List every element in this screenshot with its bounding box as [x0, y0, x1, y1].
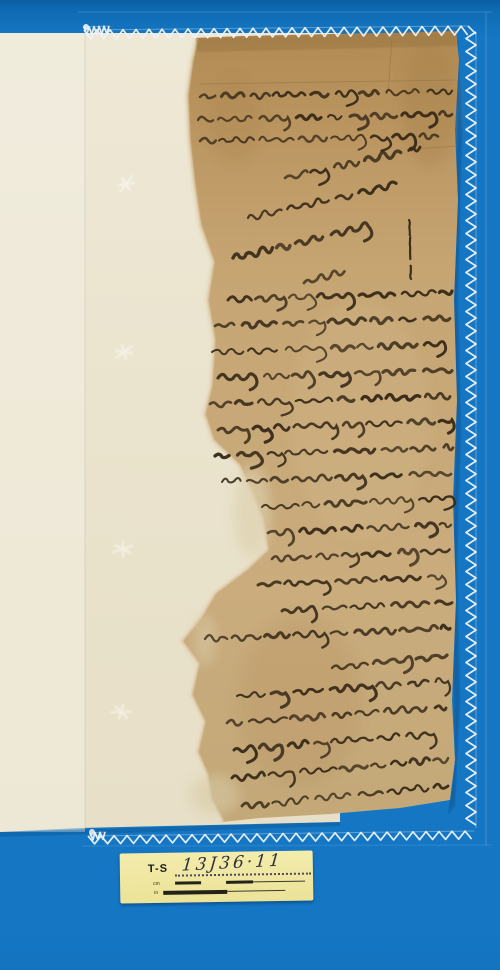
ink-stroke	[409, 220, 410, 259]
classmark-prefix: T-S	[148, 863, 168, 875]
stitching-corner	[468, 26, 476, 34]
ink-stroke	[410, 266, 411, 279]
photo-svg	[0, 0, 500, 970]
scale-unit-cm: cm	[153, 882, 160, 887]
stitch-knot-dot	[83, 24, 89, 30]
backing-sheet-fold	[0, 33, 85, 832]
photo-board: T-S 13J36·11 cm in	[0, 0, 500, 970]
stitching-right	[466, 32, 476, 825]
stitch-knot-dot	[89, 829, 95, 835]
classmark-label: T-S 13J36·11 cm in	[120, 850, 314, 903]
scale-bar-in	[163, 889, 285, 895]
scale-unit-in: in	[154, 891, 158, 896]
scale-bar-cm	[175, 880, 305, 886]
